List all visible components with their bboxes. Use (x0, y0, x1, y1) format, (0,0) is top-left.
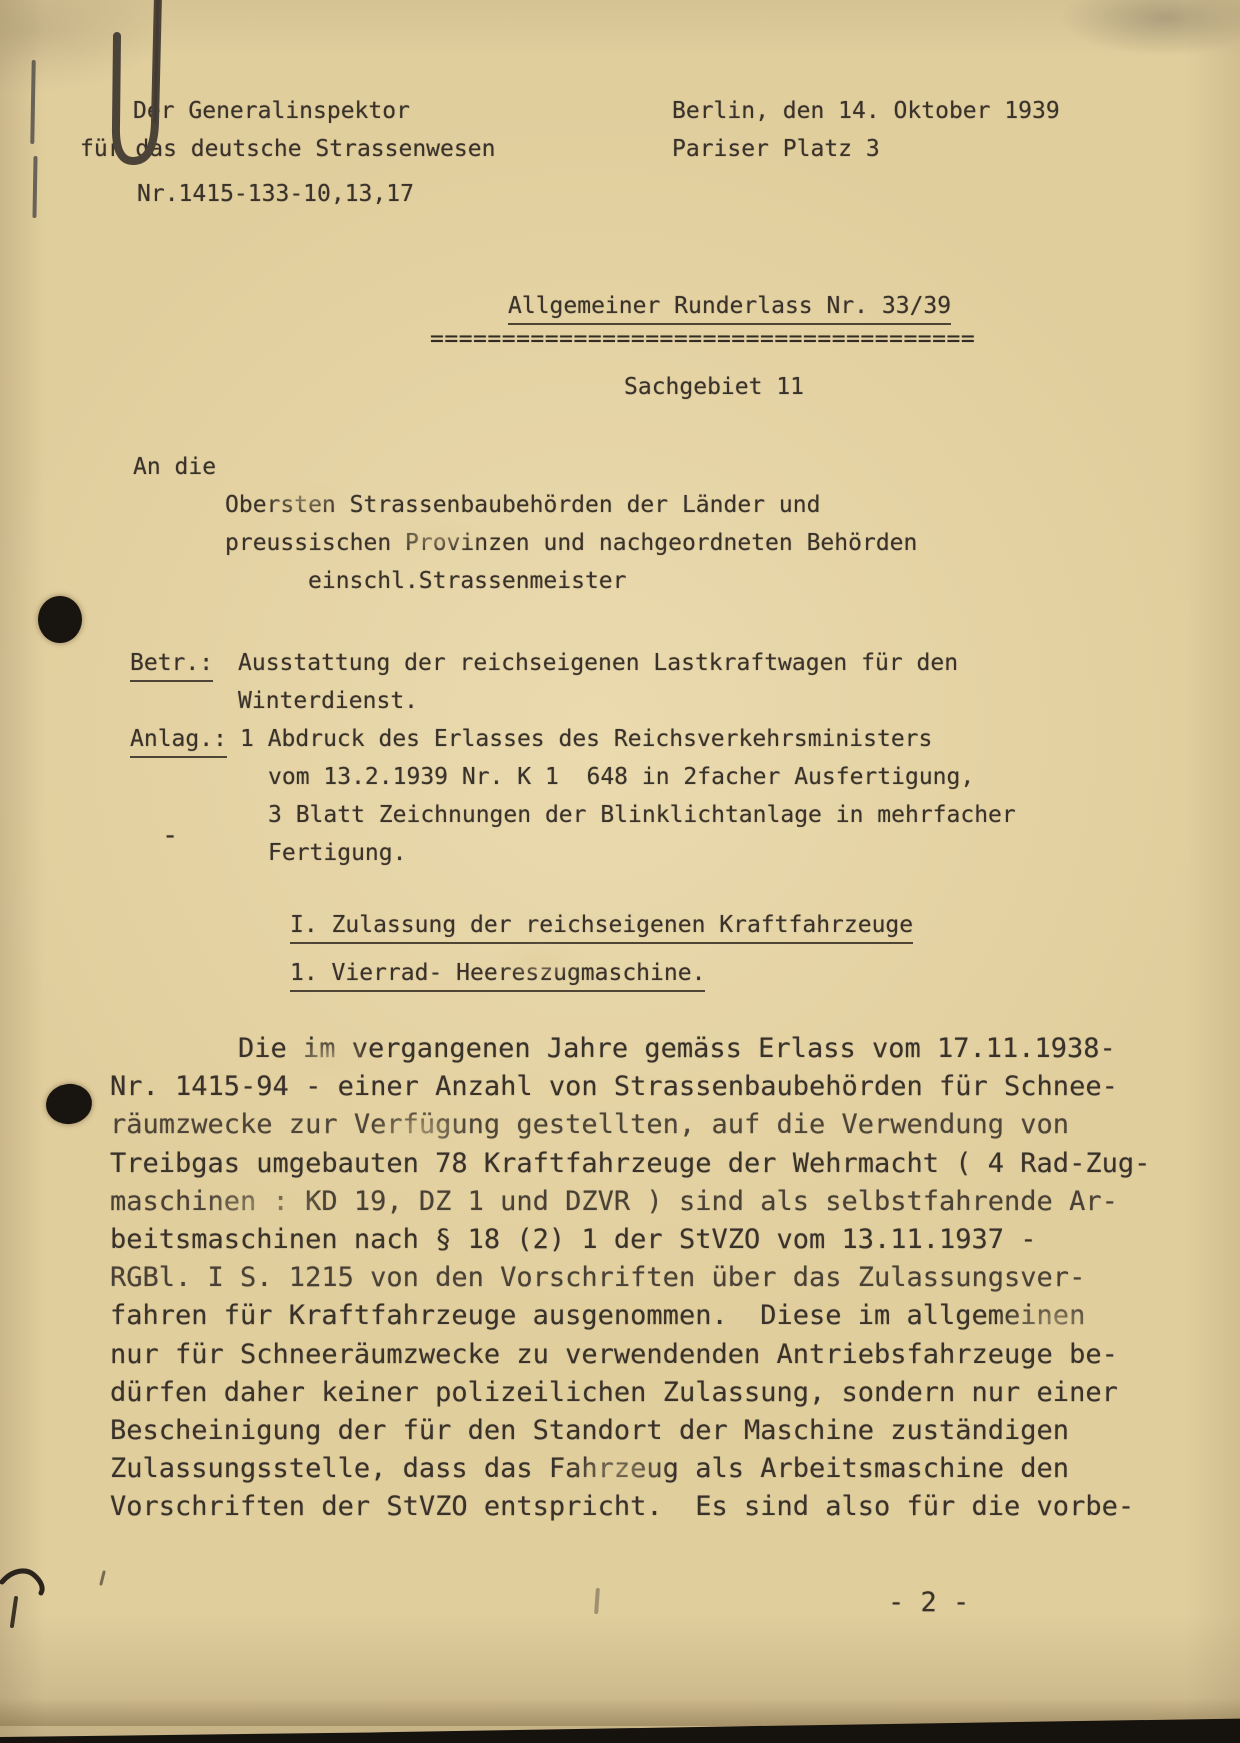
ink-speck-mark (594, 1588, 600, 1614)
pen-stroke-mark (30, 60, 35, 144)
scanned-document-page: Der Generalinspektor für das deutsche St… (0, 0, 1240, 1743)
recipient-line: Obersten Strassenbaubehörden der Länder … (225, 490, 820, 520)
body-line: Treibgas umgebauten 78 Kraftfahrzeuge de… (110, 1145, 1180, 1183)
pen-stroke-mark (32, 156, 37, 218)
body-paragraph: Die im vergangenen Jahre gemäss Erlass v… (110, 1030, 1180, 1527)
enclosures-line: vom 13.2.1939 Nr. K 1 648 in 2facher Aus… (268, 762, 974, 792)
hole-punch-mark (43, 1081, 94, 1127)
place-and-date: Berlin, den 14. Oktober 1939 (672, 96, 1060, 126)
body-line: maschinen : KD 19, DZ 1 und DZVR ) sind … (110, 1183, 1180, 1221)
recipient-line: preussischen Provinzen und nachgeordnete… (225, 528, 917, 558)
body-line: Nr. 1415-94 - einer Anzahl von Strassenb… (110, 1068, 1180, 1106)
body-line: räumzwecke zur Verfügung gestellten, auf… (110, 1106, 1180, 1144)
body-line: beitsmaschinen nach § 18 (2) 1 der StVZO… (110, 1221, 1180, 1259)
enclosures-line: Fertigung. (268, 838, 406, 868)
body-line: Die im vergangenen Jahre gemäss Erlass v… (110, 1030, 1180, 1068)
section-heading-numbered: 1. Vierrad- Heereszugmaschine. (290, 958, 705, 992)
ink-scribble-mark (0, 1560, 130, 1635)
enclosures-line: 1 Abdruck des Erlasses des Reichsverkehr… (240, 724, 932, 754)
recipient-line: einschl.Strassenmeister (308, 566, 627, 596)
subject-line: Winterdienst. (238, 686, 418, 716)
body-line: dürfen daher keiner polizeilichen Zulass… (110, 1374, 1180, 1412)
subject-line: Ausstattung der reichseigenen Lastkraftw… (238, 648, 958, 678)
enclosures-label: Anlag.: (130, 724, 227, 758)
body-line: Bescheinigung der für den Standort der M… (110, 1412, 1180, 1450)
document-title: Allgemeiner Runderlass Nr. 33/39 (508, 291, 951, 325)
enclosures-line: 3 Blatt Zeichnungen der Blinklichtanlage… (268, 800, 1016, 830)
title-double-rule: ====================================== (430, 324, 975, 354)
subject-area-label: Sachgebiet 11 (624, 372, 804, 402)
recipient-salutation: An die (133, 452, 216, 482)
subject-label: Betr.: (130, 648, 213, 682)
sender-address: Pariser Platz 3 (672, 134, 880, 164)
paperclip (95, 0, 185, 185)
body-line: nur für Schneeräumzwecke zu verwendenden… (110, 1336, 1180, 1374)
body-line: Vorschriften der StVZO entspricht. Es si… (110, 1488, 1180, 1526)
page-number: - 2 - (888, 1584, 969, 1622)
section-heading-roman: I. Zulassung der reichseigenen Kraftfahr… (290, 910, 913, 944)
body-line: Zulassungsstelle, dass das Fahrzeug als … (110, 1450, 1180, 1488)
hole-punch-mark (38, 596, 82, 643)
body-line: fahren für Kraftfahrzeuge ausgenommen. D… (110, 1297, 1180, 1335)
body-line: RGBl. I S. 1215 von den Vorschriften übe… (110, 1259, 1180, 1297)
margin-dash-mark: - (162, 820, 178, 851)
